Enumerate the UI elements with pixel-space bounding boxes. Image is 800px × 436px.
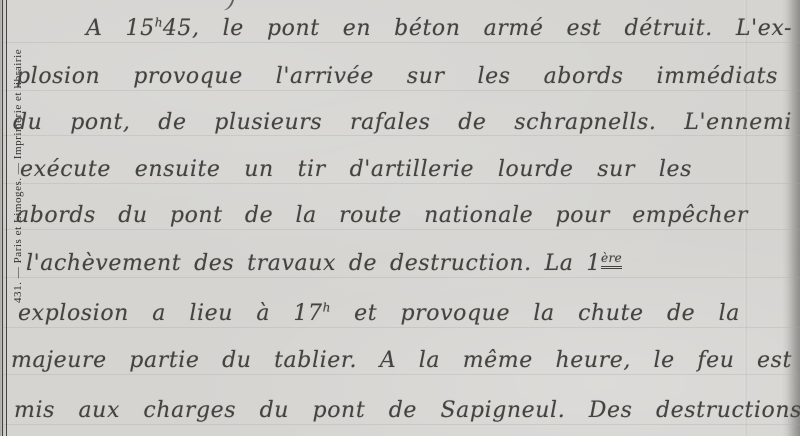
- line-text: mis aux charges du pont de Sapigneul. De…: [14, 398, 800, 423]
- scanned-diary-page: { "colors": { "paper": "#d5d4d1", "ink":…: [0, 0, 800, 436]
- margin-rule-outer: [2, 0, 4, 436]
- superscript-hour: h: [323, 301, 331, 315]
- manuscript-line-8: majeure partie du tablier. A la même heu…: [11, 344, 792, 380]
- line-text: l'achèvement des travaux de destruction.…: [26, 251, 601, 276]
- manuscript-line-9: mis aux charges du pont de Sapigneul. De…: [14, 394, 800, 430]
- line-text: A 15: [86, 16, 155, 41]
- manuscript-line-4: exécute ensuite un tir d'artillerie lour…: [20, 153, 692, 189]
- manuscript-line-6: l'achèvement des travaux de destruction.…: [26, 247, 622, 283]
- manuscript-line-5: abords du pont de la route nationale pou…: [16, 199, 748, 235]
- manuscript-line-3: du pont, de plusieurs rafales de schrapn…: [13, 106, 792, 142]
- superscript-ordinal: ère: [601, 251, 622, 269]
- manuscript-line-7: explosion a lieu à 17h et provoque la ch…: [18, 297, 740, 333]
- line-text: explosion a lieu à 17: [18, 301, 323, 326]
- superscript-hour: h: [155, 16, 163, 30]
- line-text: majeure partie du tablier. A la même heu…: [11, 348, 792, 373]
- margin-rule-inner: [6, 0, 8, 436]
- line-text: abords du pont de la route nationale pou…: [16, 203, 748, 228]
- cutoff-stroke-remnant: [219, 0, 236, 12]
- line-text: du pont, de plusieurs rafales de schrapn…: [13, 110, 792, 135]
- line-text: exécute ensuite un tir d'artillerie lour…: [20, 157, 692, 182]
- manuscript-line-2: plosion provoque l'arrivée sur les abord…: [16, 60, 778, 96]
- line-text: 45, le pont en béton armé est détruit. L…: [163, 16, 792, 41]
- manuscript-line-1: A 15h45, le pont en béton armé est détru…: [86, 12, 792, 48]
- line-text: plosion provoque l'arrivée sur les abord…: [16, 64, 778, 89]
- line-text: et provoque la chute de la: [331, 301, 740, 326]
